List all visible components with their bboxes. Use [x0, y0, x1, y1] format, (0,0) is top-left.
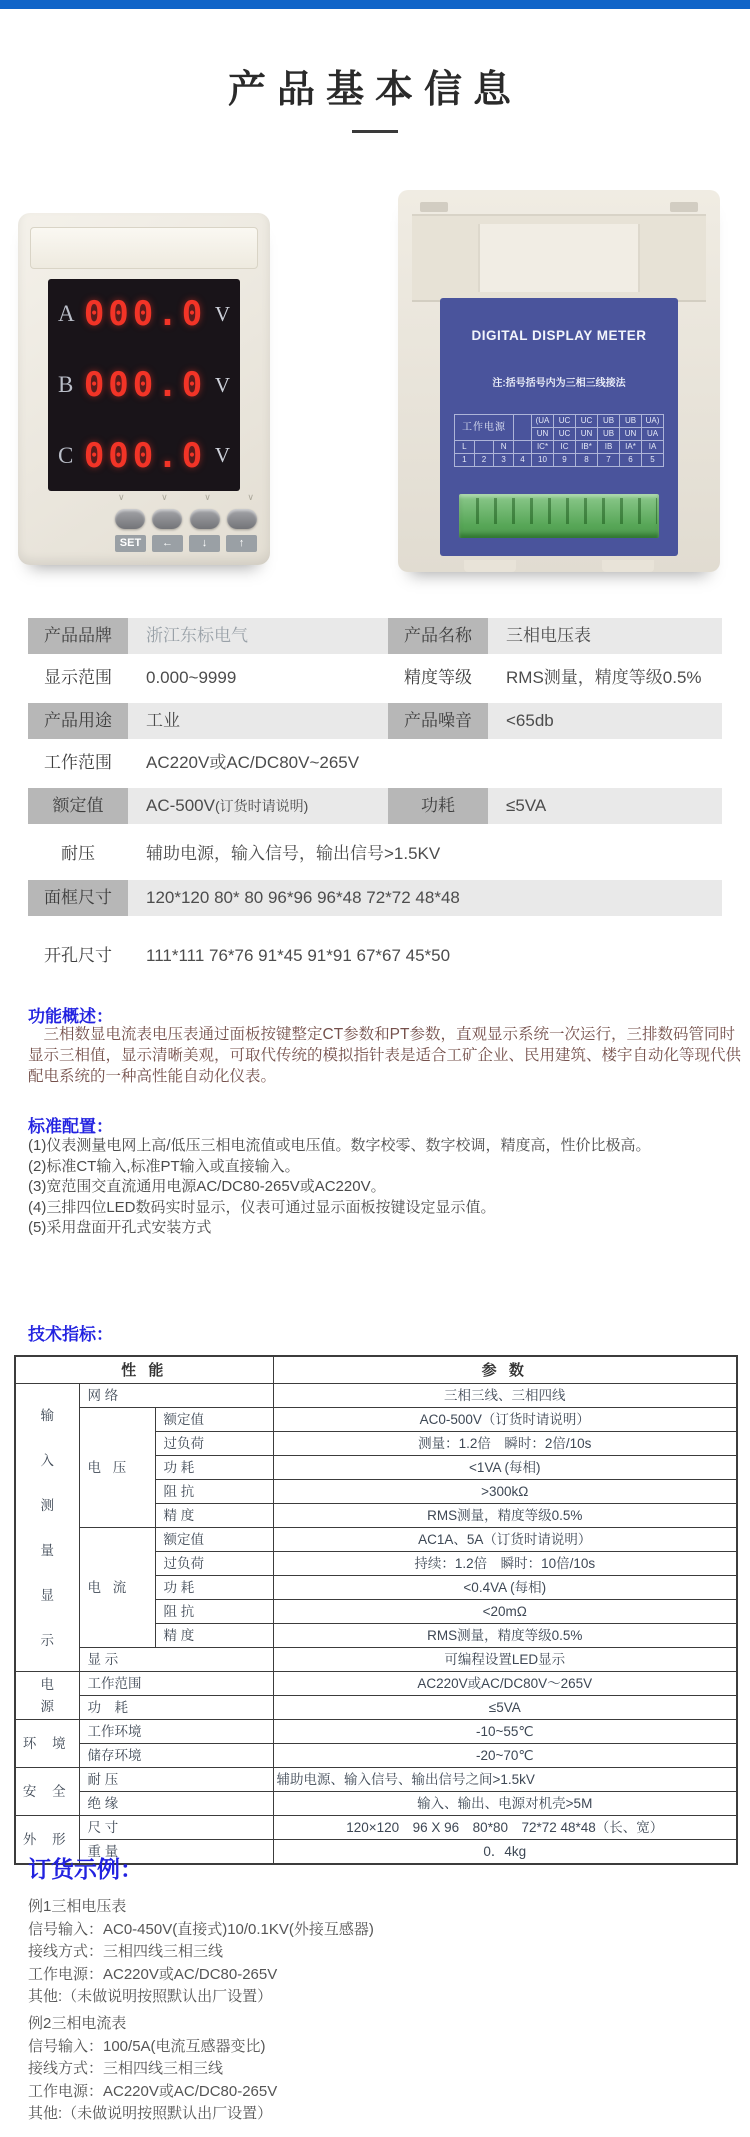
- terminal-number: 10: [532, 454, 554, 467]
- left-arrow-button: [152, 509, 182, 529]
- spec-value: AC-500V(订货时请说明): [146, 788, 308, 824]
- product-detail-page: 产品基本信息 A 000.0 V B 000.0 V C 000.0 V ∨∨∨…: [0, 0, 750, 2137]
- order-line: 接线方式：三相四线三相三线: [28, 2058, 744, 2081]
- title-underline: [352, 130, 398, 133]
- tech-value-cell: 持续：1.2倍 瞬时：10倍/10s: [273, 1552, 737, 1576]
- spec-row: 开孔尺寸 111*111 76*76 91*45 91*91 67*67 45*…: [28, 938, 722, 974]
- power-label-cell: 工作电源: [455, 415, 514, 441]
- tech-label-cell: 额定值: [155, 1528, 273, 1552]
- tech-value-cell: AC1A、5A（订货时请说明）: [273, 1528, 737, 1552]
- spec-row: 面框尺寸 120*120 80* 80 96*96 96*48 72*72 48…: [28, 880, 722, 916]
- terminal-cell: [514, 441, 532, 454]
- order-line: 接线方式：三相四线三相三线: [28, 1941, 744, 1964]
- terminal-cell: UN: [532, 428, 554, 441]
- tech-value-cell: -10~55℃: [273, 1720, 737, 1744]
- meter-buttons: [115, 509, 257, 529]
- spec-row: 工作范围 AC220V或AC/DC80V~265V: [28, 745, 722, 781]
- meter-front-label-window: [30, 227, 258, 269]
- spec-value: 浙江东标电气: [146, 618, 248, 654]
- tech-value-cell: 可编程设置LED显示: [273, 1648, 737, 1672]
- tech-value-cell: AC220V或AC/DC80V～265V: [273, 1672, 737, 1696]
- tech-value-cell: RMS测量，精度等级0.5%: [273, 1624, 737, 1648]
- spec-label: 额定值: [28, 788, 128, 824]
- set-button: [115, 509, 145, 529]
- terminal-cell: UC: [554, 415, 576, 428]
- terminal-cell: UB: [598, 415, 620, 428]
- tech-value-cell: 0．4kg: [273, 1840, 737, 1865]
- terminal-cell: IB*: [576, 441, 598, 454]
- terminal-cell: UC: [554, 428, 576, 441]
- set-button-label: SET: [115, 535, 146, 552]
- unit-label: V: [212, 373, 230, 398]
- terminal-number: 8: [576, 454, 598, 467]
- terminal-cell: UN: [620, 428, 642, 441]
- terminal-cell: UA: [642, 428, 664, 441]
- mount-slot: [420, 202, 448, 212]
- config-item: (2)标准CT输入,标准PT输入或直接输入。: [28, 1157, 744, 1178]
- spec-row: 额定值 AC-500V(订货时请说明) 功耗 ≤5VA: [28, 788, 722, 824]
- terminal-cell: [474, 441, 494, 454]
- terminal-cell: IA: [642, 441, 664, 454]
- tech-label-cell: 网 络: [79, 1384, 273, 1408]
- panel-notches: ∨∨∨∨: [118, 493, 254, 502]
- tech-label-cell: 额定值: [155, 1408, 273, 1432]
- standard-config-list: (1)仪表测量电网上高/低压三相电流值或电压值。数字校零、数字校调，精度高，性价…: [28, 1136, 744, 1239]
- spec-value: 工业: [146, 703, 180, 739]
- tech-label-cell: 过负荷: [155, 1552, 273, 1576]
- config-item: (3)宽范围交直流通用电源AC/DC80-265V或AC220V。: [28, 1177, 744, 1198]
- section-heading-order: 订货示例：: [28, 1851, 143, 1884]
- spec-label: 显示范围: [28, 660, 128, 696]
- spec-row: 产品品牌 浙江东标电气 产品名称 三相电压表: [28, 618, 722, 654]
- down-arrow-button: [190, 509, 220, 529]
- up-arrow-button: [227, 509, 257, 529]
- terminal-number: 6: [620, 454, 642, 467]
- terminal-map-table: 工作电源 (UA UC UC UB UB UA) UN UC UN UB UN …: [454, 414, 664, 467]
- spec-value: <65db: [506, 703, 554, 739]
- tech-specs-table: 性 能 参 数 输入 测量 显示 网 络 三相三线、三相四线 电 压 额定值 A…: [14, 1355, 738, 1865]
- mount-rail: [412, 214, 706, 302]
- tech-group-input-measure-display: 输入 测量 显示: [15, 1384, 79, 1672]
- order-example-2: 例2三相电流表 信号输入：100/5A(电流互感器变比) 接线方式：三相四线三相…: [28, 2013, 744, 2126]
- terminal-cell: UC: [576, 415, 598, 428]
- order-line: 其他:（未做说明按照默认出厂设置）: [28, 2103, 744, 2126]
- tech-label-cell: 耐 压: [79, 1768, 273, 1792]
- config-item: (4)三排四位LED数码实时显示，仪表可通过显示面板按键设定显示值。: [28, 1198, 744, 1219]
- terminal-number: 9: [554, 454, 576, 467]
- terminal-number: 2: [474, 454, 494, 467]
- tech-value-cell: ≤5VA: [273, 1696, 737, 1720]
- terminal-cell: IC*: [532, 441, 554, 454]
- spec-label: 面框尺寸: [28, 880, 128, 916]
- top-accent-bar: [0, 0, 750, 9]
- tech-label-cell: 精 度: [155, 1504, 273, 1528]
- tech-label-cell: 阻 抗: [155, 1600, 273, 1624]
- tech-label-cell: 绝 缘: [79, 1792, 273, 1816]
- digit-readout: 000.0: [78, 294, 212, 334]
- tech-group-voltage: 电 压: [79, 1408, 155, 1528]
- tech-label-cell: 显 示: [79, 1648, 273, 1672]
- tech-label-cell: 尺 寸: [79, 1816, 273, 1840]
- terminal-cell: UB: [620, 415, 642, 428]
- wiring-note: 注:括号括号内为三相三线接法: [440, 374, 678, 389]
- spec-row: 耐压 辅助电源，输入信号，输出信号>1.5KV: [28, 836, 722, 872]
- spec-label: 产品名称: [388, 618, 488, 654]
- tech-label-cell: 精 度: [155, 1624, 273, 1648]
- terminal-number: 7: [598, 454, 620, 467]
- terminal-number: 1: [455, 454, 475, 467]
- up-arrow-icon: ↑: [226, 535, 257, 552]
- tech-value-cell: 测量：1.2倍 瞬时：2倍/10s: [273, 1432, 737, 1456]
- tech-value-cell: >300kΩ: [273, 1480, 737, 1504]
- spec-value: 三相电压表: [506, 618, 591, 654]
- terminal-cell: UN: [576, 428, 598, 441]
- order-line: 例2三相电流表: [28, 2013, 744, 2036]
- terminal-number: 4: [514, 454, 532, 467]
- tech-value-cell: -20~70℃: [273, 1744, 737, 1768]
- down-arrow-icon: ↓: [189, 535, 220, 552]
- phase-letter: A: [58, 301, 78, 327]
- terminal-cell: UA): [642, 415, 664, 428]
- seven-segment-display: A 000.0 V B 000.0 V C 000.0 V: [48, 279, 240, 491]
- terminal-block: [459, 494, 659, 538]
- spec-value: RMS测量，精度等级0.5%: [506, 660, 702, 696]
- tech-group-current: 电 流: [79, 1528, 155, 1648]
- tech-value-cell: 辅助电源、输入信号、输出信号之间>1.5kV: [273, 1768, 737, 1792]
- tech-label-cell: 过负荷: [155, 1432, 273, 1456]
- spec-label: 精度等级: [388, 660, 488, 696]
- display-row-c: C 000.0 V: [48, 420, 240, 491]
- order-line: 工作电源：AC220V或AC/DC80-265V: [28, 1964, 744, 1987]
- config-item: (5)采用盘面开孔式安装方式: [28, 1218, 744, 1239]
- order-line: 其他:（未做说明按照默认出厂设置）: [28, 1986, 744, 2009]
- tech-label-cell: 工作环境: [79, 1720, 273, 1744]
- terminal-cell: N: [494, 441, 514, 454]
- terminal-cell: (UA: [532, 415, 554, 428]
- spec-value: ≤5VA: [506, 788, 546, 824]
- spec-label: 产品用途: [28, 703, 128, 739]
- tech-value-cell: 120×120 96 X 96 80*80 72*72 48*48（长、宽）: [273, 1816, 737, 1840]
- tech-value-cell: AC0-500V（订货时请说明）: [273, 1408, 737, 1432]
- order-line: 例1三相电压表: [28, 1896, 744, 1919]
- overview-body: 三相数显电流表电压表通过面板按键整定CT参数和PT参数，直观显示系统一次运行，三…: [28, 1024, 744, 1087]
- display-row-a: A 000.0 V: [48, 279, 240, 350]
- spec-label: 功耗: [388, 788, 488, 824]
- tech-label-cell: 工作范围: [79, 1672, 273, 1696]
- spec-label: 耐压: [28, 836, 128, 872]
- terminal-number: 3: [494, 454, 514, 467]
- section-heading-standard-config: 标准配置：: [28, 1112, 113, 1137]
- config-item: (1)仪表测量电网上高/低压三相电流值或电压值。数字校零、数字校调，精度高，性价…: [28, 1136, 744, 1157]
- tech-value-cell: <20mΩ: [273, 1600, 737, 1624]
- tech-group-environment: 环 境: [15, 1720, 79, 1768]
- terminal-cell: IA*: [620, 441, 642, 454]
- case-foot: [464, 560, 516, 572]
- unit-label: V: [212, 302, 230, 327]
- terminal-cell: IC: [554, 441, 576, 454]
- terminal-cell: [514, 415, 532, 441]
- spec-value: 111*111 76*76 91*45 91*91 67*67 45*50: [146, 938, 450, 974]
- tech-label-cell: 阻 抗: [155, 1480, 273, 1504]
- digit-readout: 000.0: [78, 436, 212, 476]
- spec-label: 产品品牌: [28, 618, 128, 654]
- order-line: 信号输入：AC0-450V(直接式)10/0.1KV(外接互感器): [28, 1919, 744, 1942]
- digit-readout: 000.0: [78, 365, 212, 405]
- tech-value-cell: <1VA (每相): [273, 1456, 737, 1480]
- terminal-cell: UB: [598, 428, 620, 441]
- spec-value: 120*120 80* 80 96*96 96*48 72*72 48*48: [146, 880, 460, 916]
- meter-front-photo: A 000.0 V B 000.0 V C 000.0 V ∨∨∨∨ SET: [18, 213, 270, 565]
- phase-letter: B: [58, 372, 78, 398]
- phase-letter: C: [58, 443, 78, 469]
- tech-header-performance: 性 能: [15, 1356, 273, 1384]
- tech-value-cell: 三相三线、三相四线: [273, 1384, 737, 1408]
- tech-header-parameter: 参 数: [273, 1356, 737, 1384]
- tech-label-cell: 功 耗: [79, 1696, 273, 1720]
- page-title: 产品基本信息: [0, 58, 750, 113]
- tech-group-safety: 安 全: [15, 1768, 79, 1816]
- spec-label: 开孔尺寸: [28, 938, 128, 974]
- terminal-cell: IB: [598, 441, 620, 454]
- tech-value-cell: RMS测量，精度等级0.5%: [273, 1504, 737, 1528]
- order-line: 信号输入：100/5A(电流互感器变比): [28, 2036, 744, 2059]
- rear-info-label: DIGITAL DISPLAY METER 注:括号括号内为三相三线接法 工作电…: [440, 298, 678, 556]
- tech-label-cell: 储存环境: [79, 1744, 273, 1768]
- meter-button-labels: SET ← ↓ ↑: [115, 535, 257, 552]
- rear-label-title: DIGITAL DISPLAY METER: [440, 328, 678, 343]
- spec-row: 显示范围 0.000~9999 精度等级 RMS测量，精度等级0.5%: [28, 660, 722, 696]
- order-line: 工作电源：AC220V或AC/DC80-265V: [28, 2081, 744, 2104]
- order-example-1: 例1三相电压表 信号输入：AC0-450V(直接式)10/0.1KV(外接互感器…: [28, 1896, 744, 2009]
- meter-back-photo: DIGITAL DISPLAY METER 注:括号括号内为三相三线接法 工作电…: [398, 190, 720, 572]
- tech-group-power: 电源: [15, 1672, 79, 1720]
- spec-label: 产品噪音: [388, 703, 488, 739]
- tech-value-cell: <0.4VA (每相): [273, 1576, 737, 1600]
- terminal-number: 5: [642, 454, 664, 467]
- section-heading-tech: 技术指标：: [28, 1320, 113, 1345]
- tech-label-cell: 功 耗: [155, 1576, 273, 1600]
- unit-label: V: [212, 443, 230, 468]
- spec-value: 0.000~9999: [146, 660, 236, 696]
- spec-value: 辅助电源，输入信号，输出信号>1.5KV: [146, 836, 440, 872]
- tech-value-cell: 输入、输出、电源对机壳>5M: [273, 1792, 737, 1816]
- spec-value: AC220V或AC/DC80V~265V: [146, 745, 359, 781]
- terminal-cell: L: [455, 441, 475, 454]
- mount-slot: [670, 202, 698, 212]
- case-foot: [602, 560, 654, 572]
- tech-label-cell: 功 耗: [155, 1456, 273, 1480]
- spec-row: 产品用途 工业 产品噪音 <65db: [28, 703, 722, 739]
- mount-rail-clip: [478, 224, 640, 292]
- left-arrow-icon: ←: [152, 535, 183, 552]
- spec-label: 工作范围: [28, 745, 128, 781]
- display-row-b: B 000.0 V: [48, 350, 240, 421]
